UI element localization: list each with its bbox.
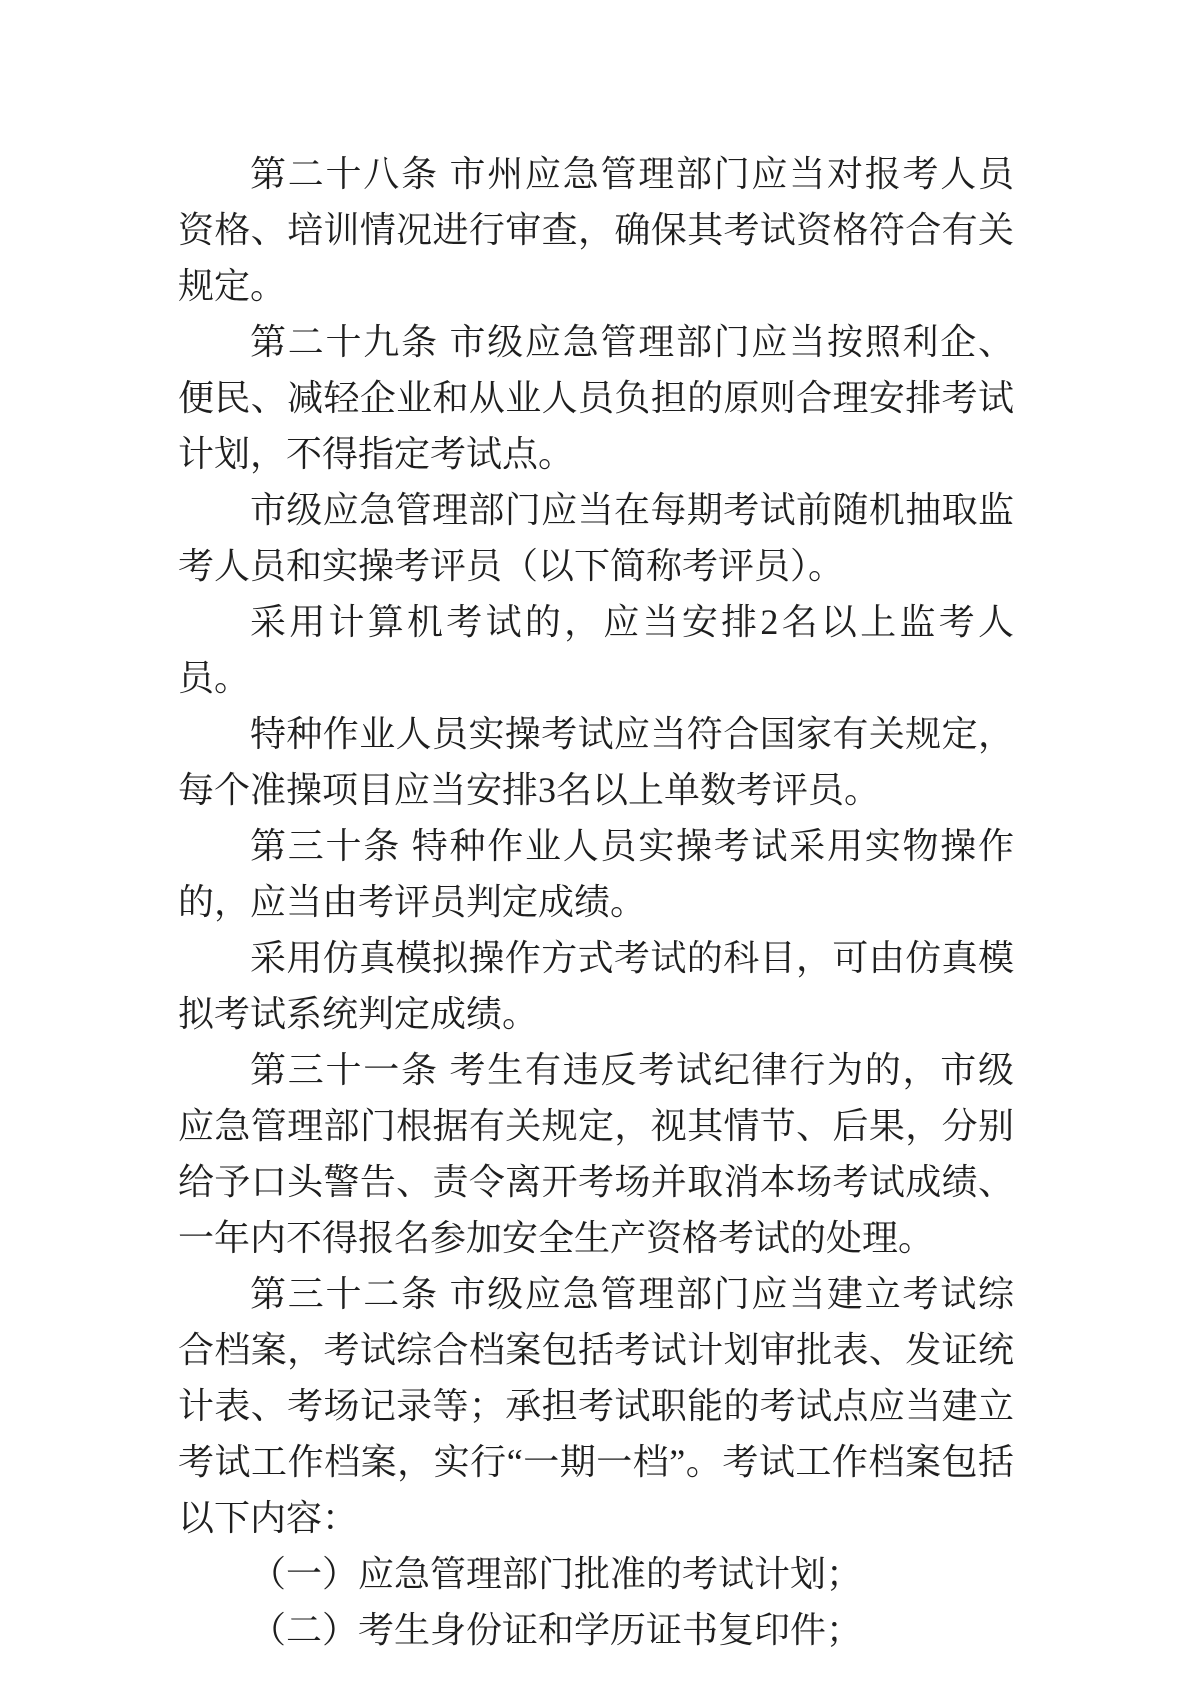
para-article-30: 第三十条 特种作业人员实操考试采用实物操作的，应当由考评员判定成绩。 [178,818,1014,930]
para-article-31: 第三十一条 考生有违反考试纪律行为的，市级应急管理部门根据有关规定，视其情节、后… [178,1042,1014,1266]
para-article-32: 第三十二条 市级应急管理部门应当建立考试综合档案，考试综合档案包括考试计划审批表… [178,1266,1014,1546]
para-article-29-para-4: 特种作业人员实操考试应当符合国家有关规定，每个准操项目应当安排3名以上单数考评员… [178,706,1014,818]
para-article-29: 第二十九条 市级应急管理部门应当按照利企、便民、减轻企业和从业人员负担的原则合理… [178,314,1014,482]
para-article-28: 第二十八条 市州应急管理部门应当对报考人员资格、培训情况进行审查，确保其考试资格… [178,146,1014,314]
para-archive-item-2: （二）考生身份证和学历证书复印件； [178,1602,1014,1658]
para-article-29-para-3: 采用计算机考试的，应当安排2名以上监考人员。 [178,594,1014,706]
para-archive-item-1: （一）应急管理部门批准的考试计划； [178,1546,1014,1602]
para-article-30-para-2: 采用仿真模拟操作方式考试的科目，可由仿真模拟考试系统判定成绩。 [178,930,1014,1042]
document-body: 第二十八条 市州应急管理部门应当对报考人员资格、培训情况进行审查，确保其考试资格… [178,146,1014,1658]
document-page: 第二十八条 市州应急管理部门应当对报考人员资格、培训情况进行审查，确保其考试资格… [0,0,1190,1683]
para-article-29-para-2: 市级应急管理部门应当在每期考试前随机抽取监考人员和实操考评员（以下简称考评员）。 [178,482,1014,594]
